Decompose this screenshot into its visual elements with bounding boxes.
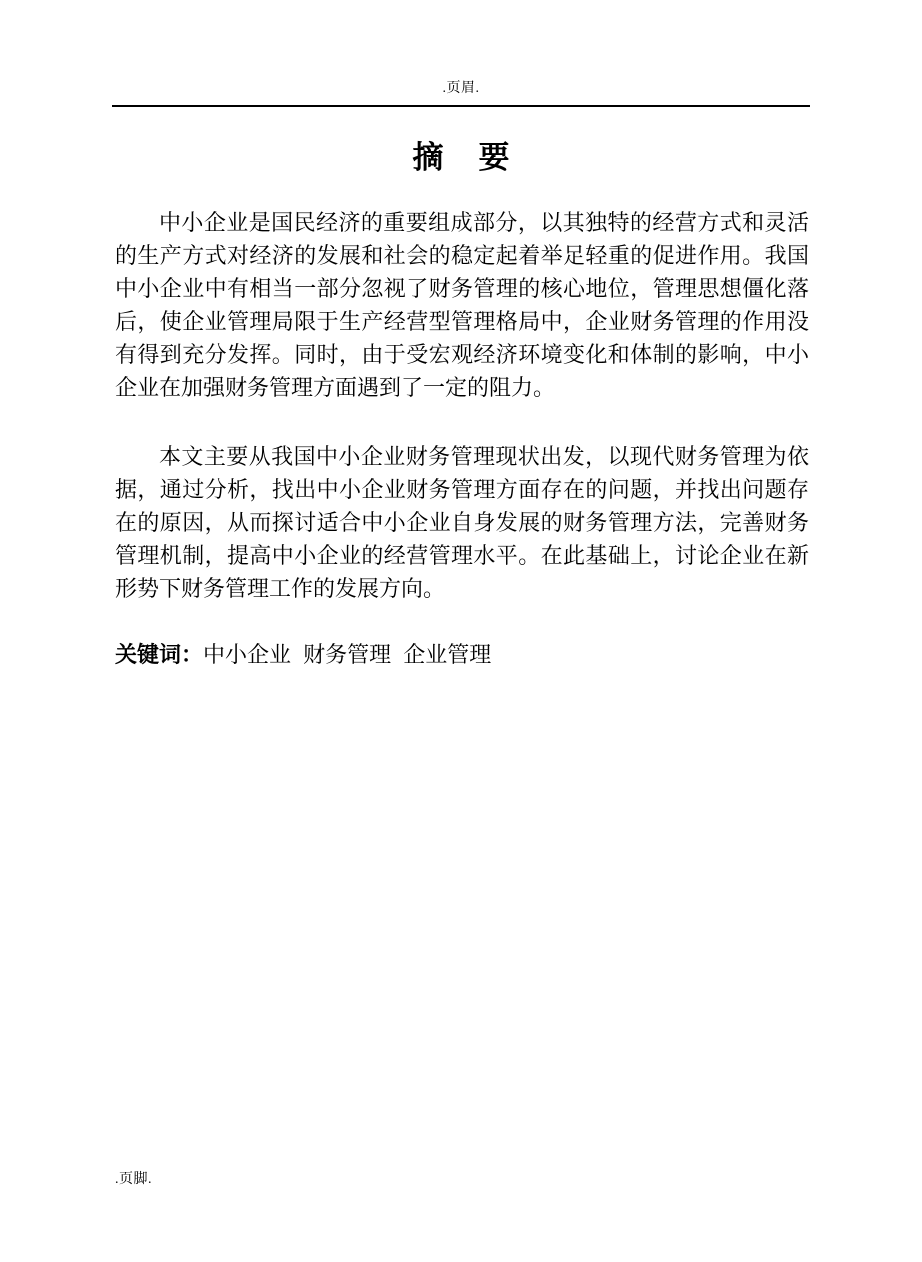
keyword-item: 中小企业 <box>203 642 291 667</box>
keyword-item: 企业管理 <box>403 642 491 667</box>
keyword-item: 财务管理 <box>303 642 391 667</box>
document-page: .页眉. 摘 要 中小企业是国民经济的重要组成部分，以其独特的经营方式和灵活的生… <box>0 0 922 1262</box>
keywords-line: 关键词：中小企业财务管理企业管理 <box>115 638 809 671</box>
keywords-label: 关键词： <box>115 642 203 667</box>
page-footer-text: .页脚. <box>115 1172 152 1187</box>
page-content: 摘 要 中小企业是国民经济的重要组成部分，以其独特的经营方式和灵活的生产方式对经… <box>115 0 809 671</box>
page-footer: .页脚. <box>115 1172 152 1188</box>
abstract-paragraph-2: 本文主要从我国中小企业财务管理现状出发，以现代财务管理为依据，通过分析，找出中小… <box>115 440 809 605</box>
abstract-title: 摘 要 <box>115 140 809 176</box>
abstract-paragraph-1: 中小企业是国民经济的重要组成部分，以其独特的经营方式和灵活的生产方式对经济的发展… <box>115 206 809 404</box>
